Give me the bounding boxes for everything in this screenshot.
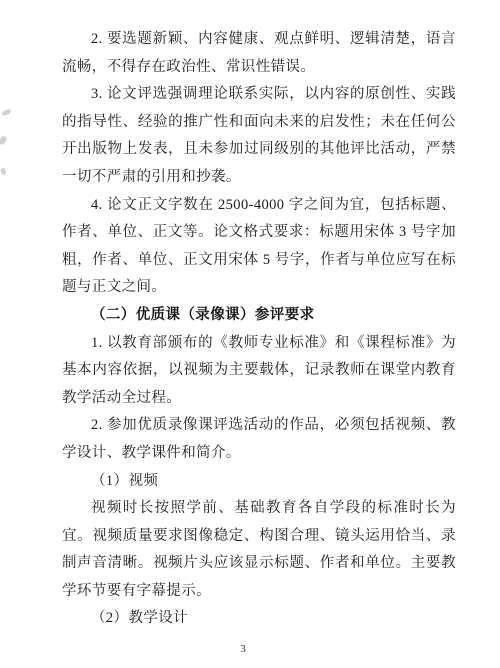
body-line: 教学活动全过程。 bbox=[62, 385, 456, 413]
body-line: 一切不严肃的引用和抄袭。 bbox=[62, 164, 456, 192]
body-line: 视频时长按照学前、基础教育各自学段的标准时长为 bbox=[62, 495, 456, 523]
section-heading: （二）优质课（录像课）参评要求 bbox=[62, 302, 456, 330]
body-line: 题与正文之间。 bbox=[62, 274, 456, 302]
subsection-label: （2）教学设计 bbox=[62, 605, 456, 633]
document-page: 2. 要选题新颖、内容健康、观点鲜明、逻辑清楚，语言 流畅，不得存在政治性、常识… bbox=[0, 0, 500, 668]
body-line: 4. 论文正文字数在 2500-4000 字之间为宜，包括标题、 bbox=[62, 192, 456, 220]
body-line: 制声音清晰。视频片头应该显示标题、作者和单位。主要教 bbox=[62, 550, 456, 578]
page-number: 3 bbox=[0, 643, 486, 655]
body-line: 开出版物上发表，且未参加过同级别的其他评比活动，严禁 bbox=[62, 136, 456, 164]
body-line: 学设计、教学课件和简介。 bbox=[62, 440, 456, 468]
document-body: 2. 要选题新颖、内容健康、观点鲜明、逻辑清楚，语言 流畅，不得存在政治性、常识… bbox=[62, 26, 456, 633]
scan-artifact bbox=[2, 109, 12, 116]
scan-artifact bbox=[0, 135, 7, 146]
body-line: 2. 要选题新颖、内容健康、观点鲜明、逻辑清楚，语言 bbox=[62, 26, 456, 54]
body-line: 3. 论文评选强调理论联系实际，以内容的原创性、实践 bbox=[62, 81, 456, 109]
body-line: 基本内容依据，以视频为主要载体，记录教师在课堂内教育 bbox=[62, 357, 456, 385]
body-line: 流畅，不得存在政治性、常识性错误。 bbox=[62, 54, 456, 82]
body-line: 学环节要有字幕提示。 bbox=[62, 578, 456, 606]
scan-artifact bbox=[0, 167, 7, 176]
subsection-label: （1）视频 bbox=[62, 468, 456, 496]
body-line: 作者、单位、正文等。论文格式要求：标题用宋体 3 号字加 bbox=[62, 219, 456, 247]
body-line: 宜。视频质量要求图像稳定、构图合理、镜头运用恰当、录 bbox=[62, 523, 456, 551]
body-line: 2. 参加优质录像课评选活动的作品，必须包括视频、教 bbox=[62, 412, 456, 440]
body-line: 1. 以教育部颁布的《教师专业标准》和《课程标准》为 bbox=[62, 330, 456, 358]
body-line: 的指导性、经验的推广性和面向未来的启发性；未在任何公 bbox=[62, 109, 456, 137]
body-line: 粗，作者、单位、正文用宋体 5 号字，作者与单位应写在标 bbox=[62, 247, 456, 275]
